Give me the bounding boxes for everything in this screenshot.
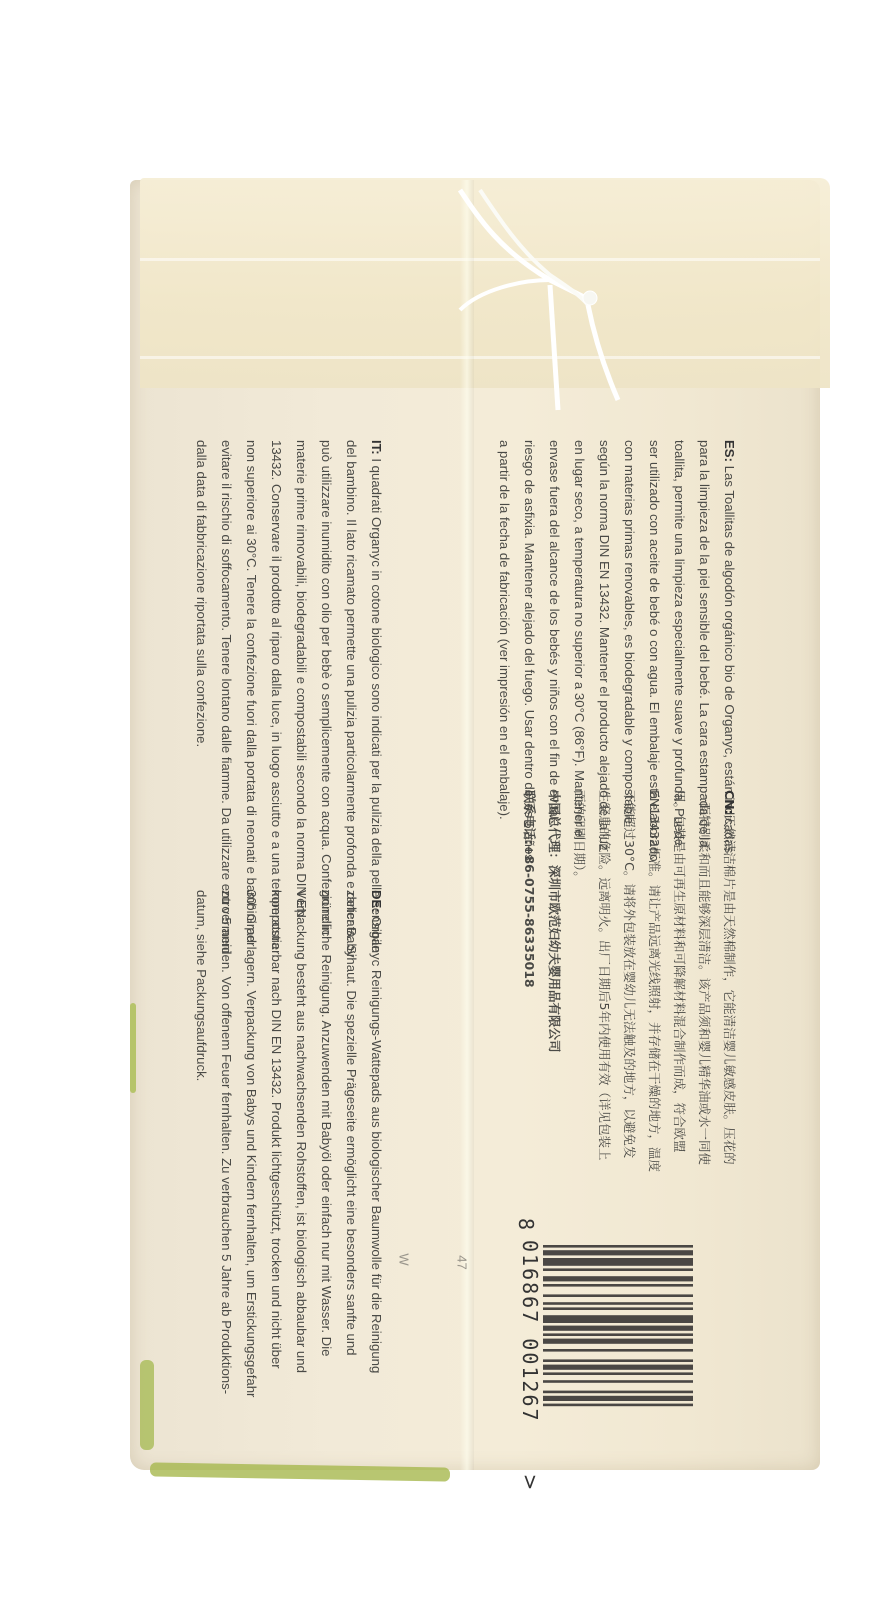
italian-text-block: IT: I quadrati Organyc in cotone biologi… — [189, 440, 389, 957]
it-line: I quadrati Organyc in cotone biologico s… — [369, 458, 384, 952]
barcode-arrow: > — [518, 1474, 542, 1491]
it-line: 13432. Conservare il prodotto al riparo … — [264, 440, 289, 957]
cn-label: CN: — [722, 790, 737, 815]
it-line: non superiore ai 30°C. Tenere la confezi… — [239, 440, 264, 957]
print-mark-w: W — [397, 1253, 412, 1265]
it-line: del bambino. Il lato ricamato permette u… — [339, 440, 364, 957]
cn-line: 生窒息的危险。远离明火。出厂日期后5年内使用有效（详见包装上 — [592, 790, 617, 1172]
barcode-digits: 016867 001267 — [518, 1240, 542, 1423]
chinese-text-block: CN:天然清洁棉片是由天然棉制作，它能清洁婴儿敏感皮肤。压花的 一面特别柔和而且… — [517, 790, 742, 1172]
cn-line: EN13432标准。请让产品远离光线照射，并存储在干燥的地方，温度 — [642, 790, 667, 1172]
barcode — [543, 1245, 703, 1475]
de-line: zu vermeiden. Von offenem Feuer fernhalt… — [214, 890, 239, 1397]
green-edge — [140, 1360, 154, 1450]
it-label: IT: — [369, 440, 384, 455]
print-mark-47: 47 — [455, 1255, 470, 1269]
it-line: materie prime rinnovabili, biodegradabil… — [289, 440, 314, 957]
de-line: 30° Grad lagern. Verpackung von Babys un… — [239, 890, 264, 1397]
it-line: evitare il rischio di soffocamento. Tene… — [214, 440, 239, 957]
es-line: a partir de la fecha de fabricación (ver… — [492, 440, 517, 862]
de-line: kompostierbar nach DIN EN 13432. Produkt… — [264, 890, 289, 1397]
green-edge — [130, 1003, 136, 1093]
de-line: Verpackung besteht aus nachwachsenden Ro… — [289, 890, 314, 1397]
de-line: gründliche Reinigung. Anzuwenden mit Bab… — [314, 890, 339, 1397]
cn-line: 不能超过30°C。请将外包装放在婴幼儿无法触及的地方，以避免发 — [617, 790, 642, 1172]
de-line: Organyc Reinigungs-Wattepads aus biologi… — [369, 916, 384, 1373]
cn-line: 天然清洁棉片是由天然棉制作，它能清洁婴儿敏感皮肤。压花的 — [722, 815, 737, 1165]
it-line: può utilizzare inumidito con olio per be… — [314, 440, 339, 957]
de-line: datum, siehe Packungsaufdruck. — [189, 890, 214, 1397]
cn-line: 面的印刷日期）。 — [567, 790, 592, 1172]
cn-line: 一面特别柔和而且能够深层清洁。该产品须和婴儿精华油或水一同使 — [692, 790, 717, 1172]
de-line: zarter Babyhaut. Die spezielle Prägeseit… — [339, 890, 364, 1397]
cn-distributor: 中国总代理：深圳市欧范妇幼夫婴用品有限公司 — [542, 790, 567, 1172]
cn-line: 用。包装是由可再生原材料和可降解材料混合制作而成，符合欧盟 — [667, 790, 692, 1172]
de-label: DE: — [369, 890, 384, 913]
it-line: dalla data di fabbricazione riportata su… — [189, 440, 214, 957]
cn-phone: 联系电话:+86-0755-86335018 — [517, 790, 542, 1172]
german-text-block: DE: Organyc Reinigungs-Wattepads aus bio… — [189, 890, 389, 1397]
barcode-first-digit: 8 — [514, 1218, 538, 1230]
es-label: ES: — [722, 440, 737, 462]
drawstring — [440, 180, 640, 440]
